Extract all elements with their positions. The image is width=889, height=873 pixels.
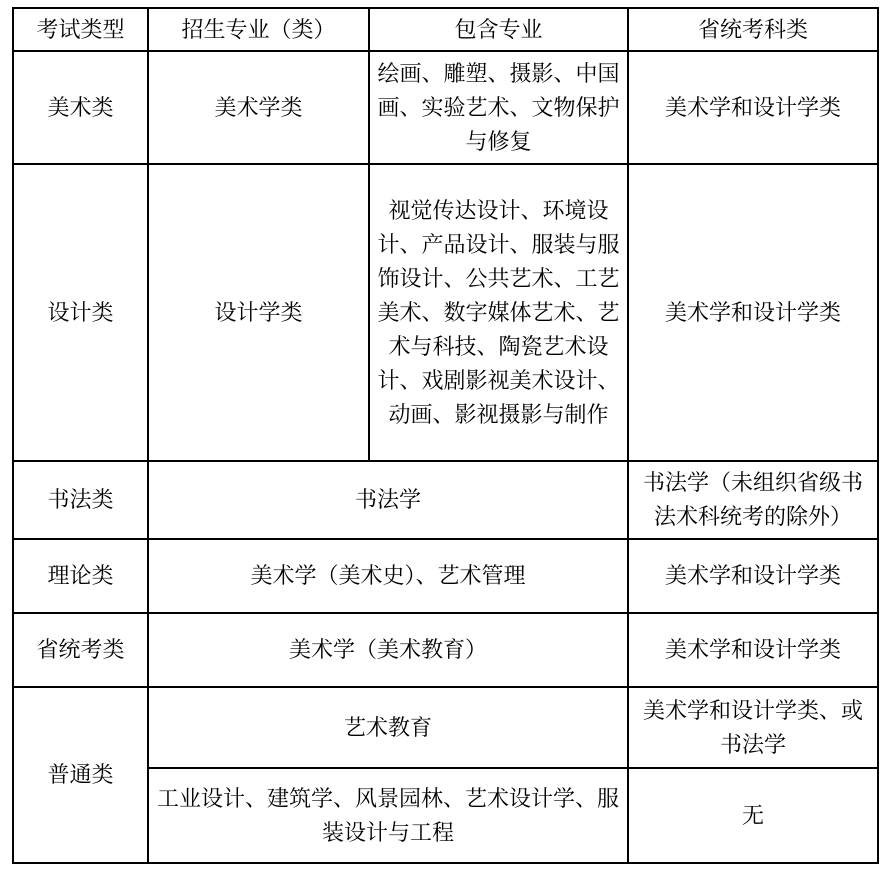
cell-design-includes: 视觉传达设计、环境设计、产品设计、服装与服饰设计、公共艺术、工艺美术、数字媒体艺… <box>369 164 628 461</box>
cell-theory-major: 美术学（美术史）、艺术管理 <box>148 539 628 613</box>
cell-general-provincial-exam-1: 美术学和设计学类、或书法学 <box>628 687 878 768</box>
header-enrollment-major: 招生专业（类） <box>148 8 369 51</box>
cell-theory-exam-type: 理论类 <box>13 539 148 613</box>
cell-provincial-provincial-exam: 美术学和设计学类 <box>628 613 878 687</box>
cell-calligraphy-major: 书法学 <box>148 461 628 539</box>
table-row-provincial: 省统考类 美术学（美术教育） 美术学和设计学类 <box>13 613 878 687</box>
cell-art-major: 美术学类 <box>148 51 369 164</box>
table-row-theory: 理论类 美术学（美术史）、艺术管理 美术学和设计学类 <box>13 539 878 613</box>
cell-general-exam-type: 普通类 <box>13 687 148 863</box>
exam-categories-table: 考试类型 招生专业（类） 包含专业 省统考科类 美术类 美术学类 绘画、雕塑、摄… <box>12 7 879 864</box>
cell-general-major-1: 艺术教育 <box>148 687 628 768</box>
table-row-calligraphy: 书法类 书法学 书法学（未组织省级书法术科统考的除外） <box>13 461 878 539</box>
header-provincial-exam-category: 省统考科类 <box>628 8 878 51</box>
header-included-majors: 包含专业 <box>369 8 628 51</box>
cell-design-exam-type: 设计类 <box>13 164 148 461</box>
cell-provincial-major: 美术学（美术教育） <box>148 613 628 687</box>
table-row-art: 美术类 美术学类 绘画、雕塑、摄影、中国画、实验艺术、文物保护与修复 美术学和设… <box>13 51 878 164</box>
cell-general-provincial-exam-2: 无 <box>628 768 878 863</box>
cell-design-major: 设计学类 <box>148 164 369 461</box>
header-exam-type: 考试类型 <box>13 8 148 51</box>
cell-theory-provincial-exam: 美术学和设计学类 <box>628 539 878 613</box>
table-row-general-1: 普通类 艺术教育 美术学和设计学类、或书法学 <box>13 687 878 768</box>
cell-design-provincial-exam: 美术学和设计学类 <box>628 164 878 461</box>
cell-calligraphy-provincial-exam: 书法学（未组织省级书法术科统考的除外） <box>628 461 878 539</box>
table-row-design: 设计类 设计学类 视觉传达设计、环境设计、产品设计、服装与服饰设计、公共艺术、工… <box>13 164 878 461</box>
table-header-row: 考试类型 招生专业（类） 包含专业 省统考科类 <box>13 8 878 51</box>
cell-general-major-2: 工业设计、建筑学、风景园林、艺术设计学、服装设计与工程 <box>148 768 628 863</box>
cell-provincial-exam-type: 省统考类 <box>13 613 148 687</box>
document-page: 考试类型 招生专业（类） 包含专业 省统考科类 美术类 美术学类 绘画、雕塑、摄… <box>0 0 889 864</box>
cell-art-exam-type: 美术类 <box>13 51 148 164</box>
cell-calligraphy-exam-type: 书法类 <box>13 461 148 539</box>
cell-art-includes: 绘画、雕塑、摄影、中国画、实验艺术、文物保护与修复 <box>369 51 628 164</box>
cell-art-provincial-exam: 美术学和设计学类 <box>628 51 878 164</box>
